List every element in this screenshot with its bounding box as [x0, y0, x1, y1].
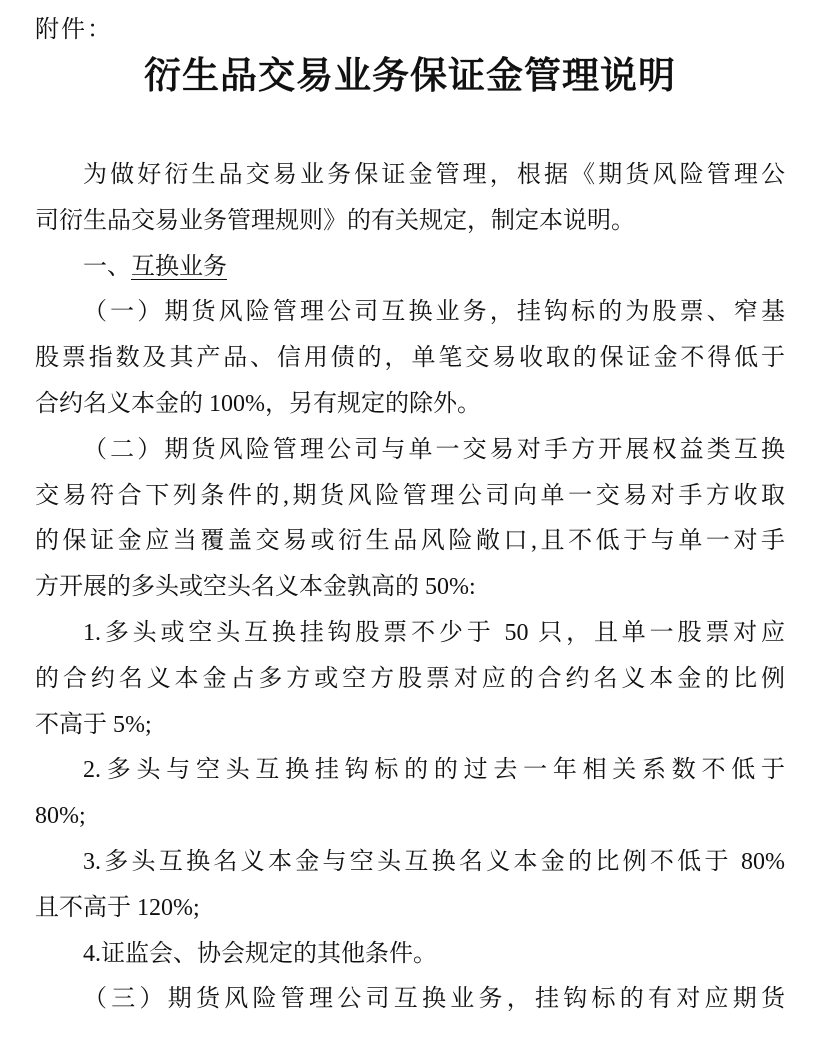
document-line: 方开展的多头或空头名义本金孰高的 50%:	[35, 565, 785, 611]
document-line: （二）期货风险管理公司与单一交易对手方开展权益类互换	[35, 428, 785, 474]
document-line: 股票指数及其产品、信用债的，单笔交易收取的保证金不得低于	[35, 336, 785, 382]
section-heading: 一、互换业务	[35, 245, 785, 291]
document-line: 的保证金应当覆盖交易或衍生品风险敞口,且不低于与单一对手	[35, 519, 785, 565]
document-line: 2.多头与空头互换挂钩标的的过去一年相关系数不低于	[35, 748, 785, 794]
document-line: 80%;	[35, 794, 785, 840]
document-page: 附件： 衍生品交易业务保证金管理说明 为做好衍生品交易业务保证金管理，根据《期货…	[0, 0, 819, 1051]
section-title: 互换业务	[131, 254, 227, 280]
document-line: 合约名义本金的 100%，另有规定的除外。	[35, 382, 785, 428]
section-number: 一、	[83, 254, 131, 280]
document-line: 4.证监会、协会规定的其他条件。	[35, 932, 785, 978]
document-line: 为做好衍生品交易业务保证金管理，根据《期货风险管理公	[35, 153, 785, 199]
document-line: （三）期货风险管理公司互换业务，挂钩标的有对应期货	[35, 977, 785, 1023]
document-line: 不高于 5%;	[35, 703, 785, 749]
document-line: 的合约名义本金占多方或空方股票对应的合约名义本金的比例	[35, 657, 785, 703]
page-title: 衍生品交易业务保证金管理说明	[35, 52, 785, 102]
document-line: 交易符合下列条件的,期货风险管理公司向单一交易对手方收取	[35, 474, 785, 520]
document-line: 且不高于 120%;	[35, 886, 785, 932]
document-line: （一）期货风险管理公司互换业务，挂钩标的为股票、窄基	[35, 290, 785, 336]
attachment-label: 附件：	[35, 15, 785, 45]
document-line: 1.多头或空头互换挂钩股票不少于 50 只，且单一股票对应	[35, 611, 785, 657]
document-line: 司衍生品交易业务管理规则》的有关规定，制定本说明。	[35, 199, 785, 245]
document-line: 3.多头互换名义本金与空头互换名义本金的比例不低于 80%	[35, 840, 785, 886]
document-body: 为做好衍生品交易业务保证金管理，根据《期货风险管理公 司衍生品交易业务管理规则》…	[35, 153, 785, 1023]
